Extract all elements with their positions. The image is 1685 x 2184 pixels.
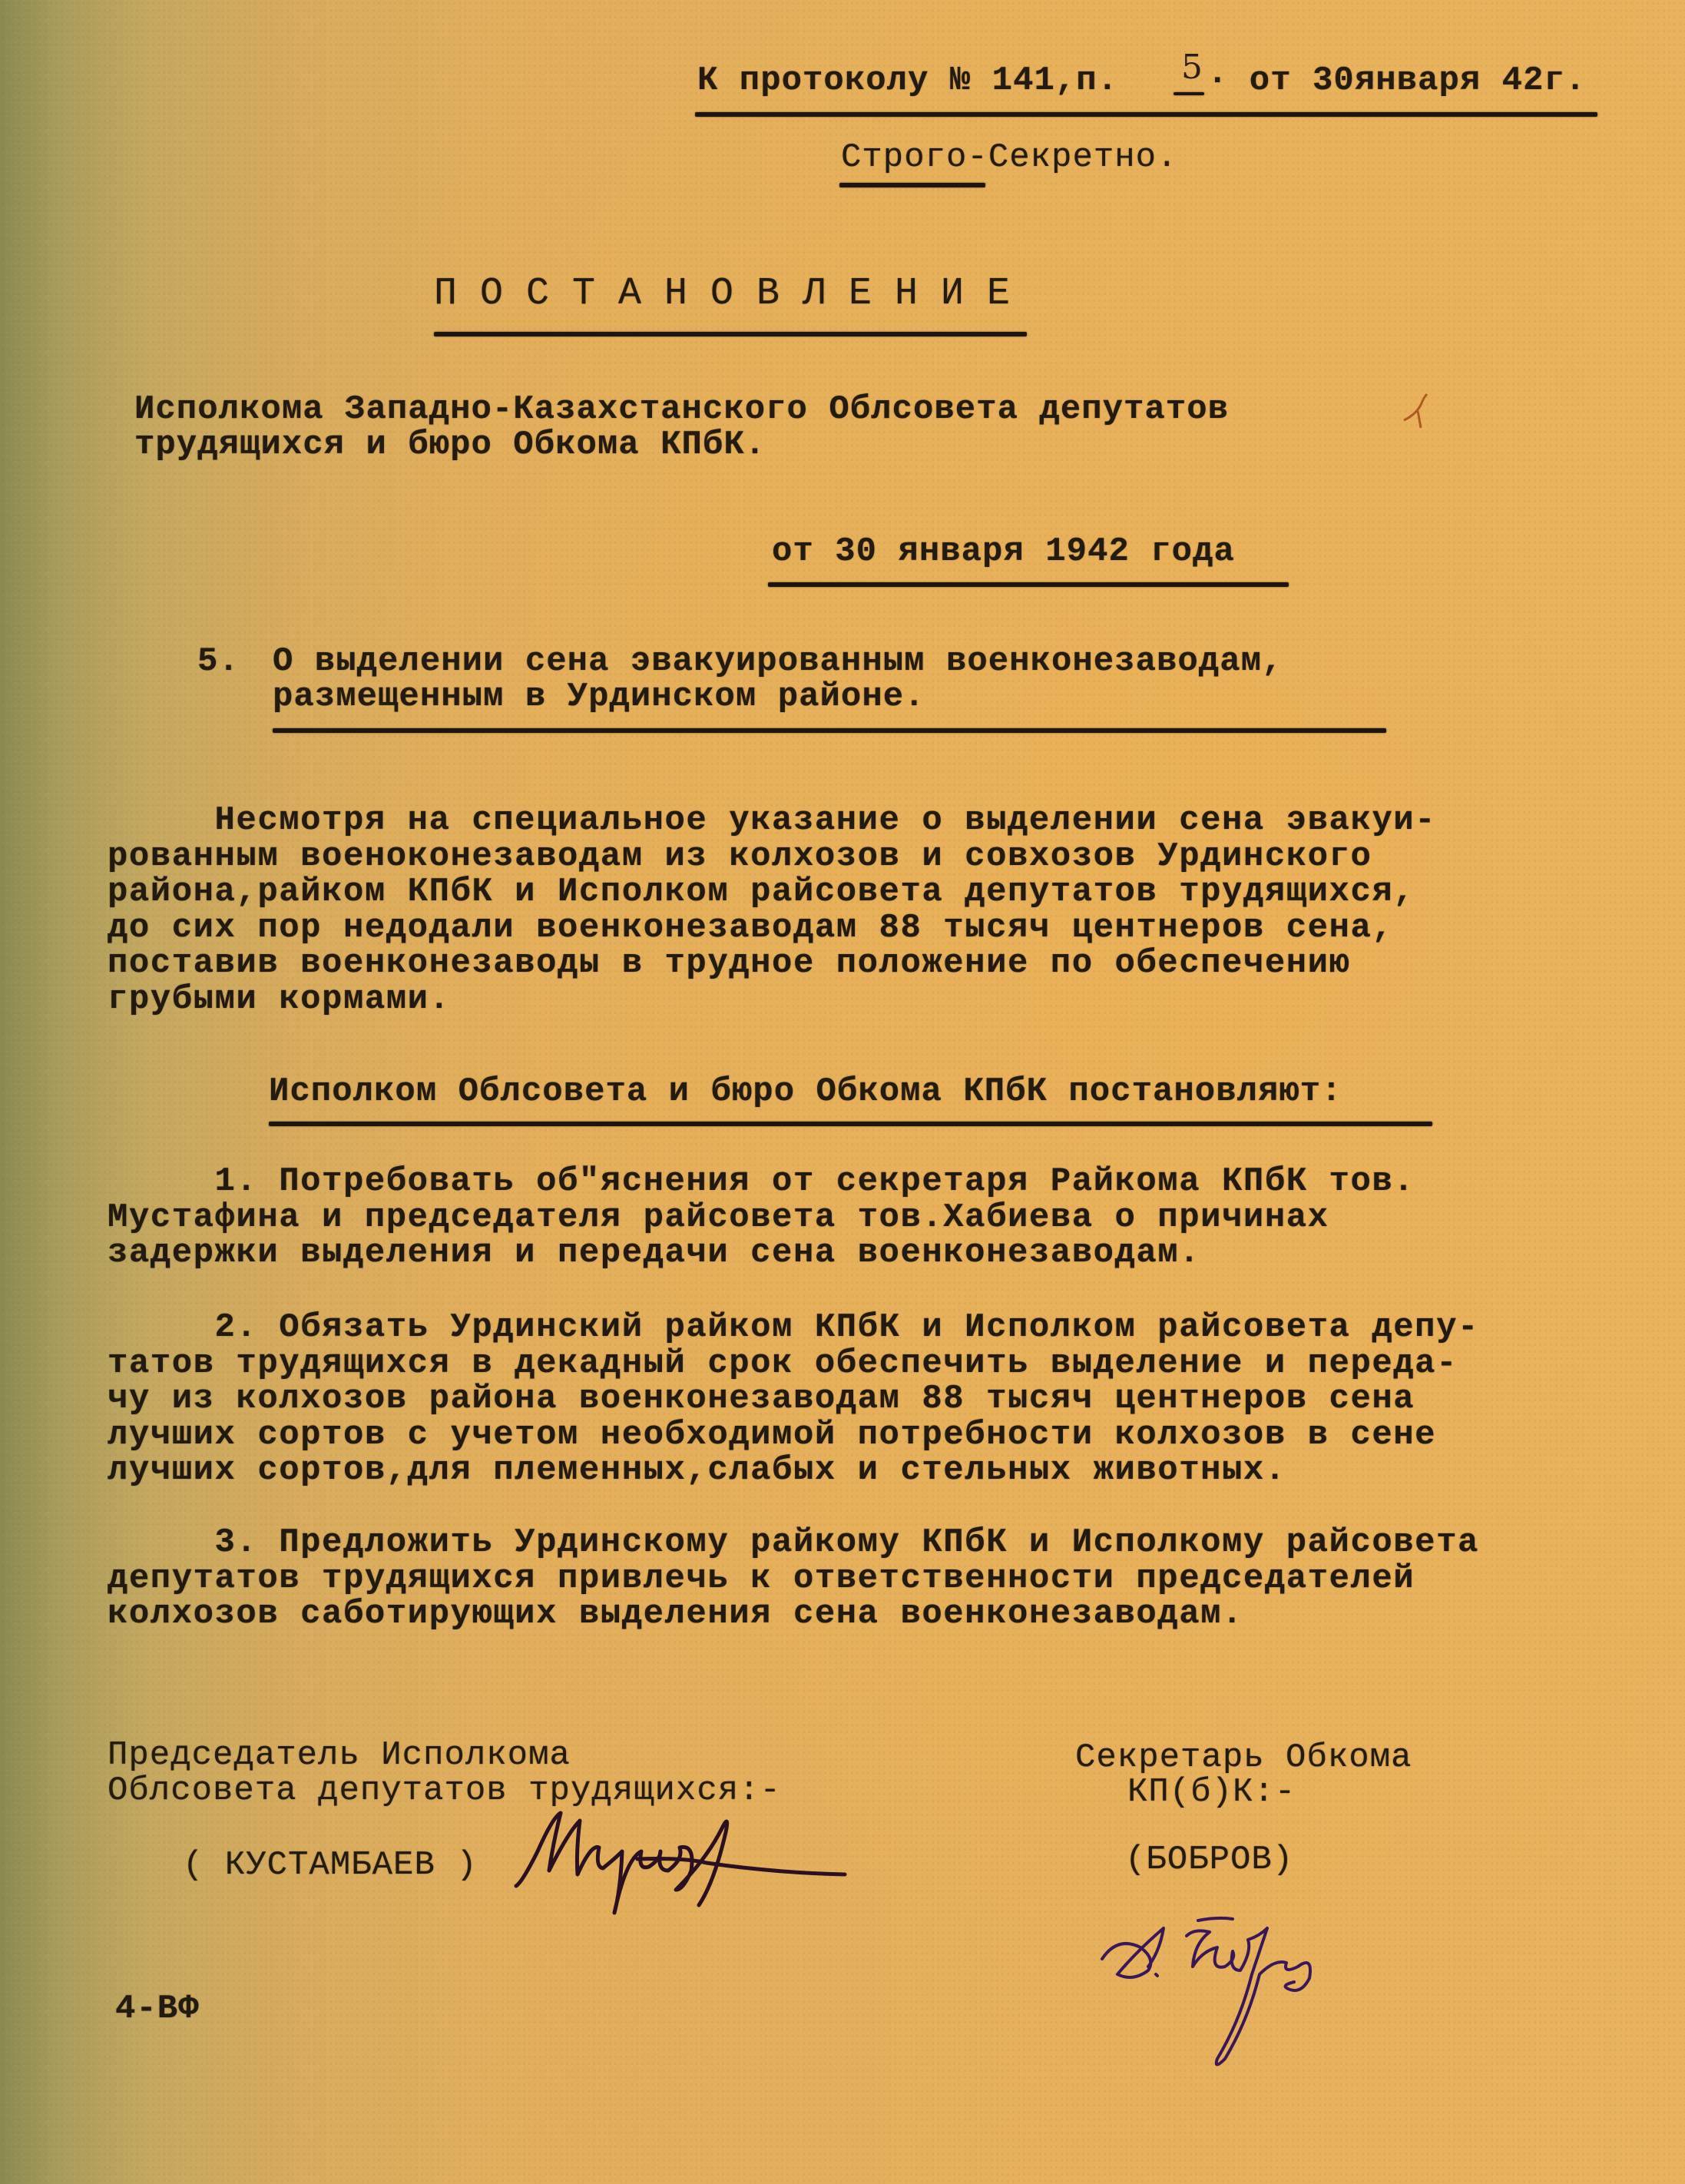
- resolution-line: колхозов саботирующих выделения сена вое…: [108, 1596, 1243, 1632]
- preamble-line: грубыми кормами.: [108, 982, 450, 1018]
- resolution-heading: Исполком Облсовета и бюро Обкома КПбК по…: [269, 1074, 1342, 1109]
- resolution-line: 3. Предложить Урдинскому райкому КПбК и …: [108, 1525, 1479, 1561]
- preamble-line: рованным военоконезаводам из колхозов и …: [108, 839, 1372, 875]
- preamble-line: поставив военконезаводы в трудное положе…: [108, 946, 1350, 982]
- classification-label: Строго-Секретно.: [841, 140, 1177, 175]
- preamble-line: района,райком КПбК и Исполком райсовета …: [108, 874, 1415, 910]
- resolution-date: от 30 января 1942 года: [772, 534, 1235, 569]
- chairman-name: ( КУСТАМБАЕВ ): [183, 1848, 478, 1883]
- resolution-line: чу из колхозов района военконезаводам 88…: [108, 1381, 1415, 1417]
- resolution-line: депутатов трудящихся привлечь к ответств…: [108, 1561, 1415, 1597]
- secretary-title-line-2: КП(б)К:-: [1127, 1775, 1296, 1810]
- issuer-line-2: трудящихся и бюро Обкома КПбК.: [134, 427, 766, 462]
- preamble-line: Несмотря на специальное указание о выдел…: [108, 803, 1436, 839]
- resolution-line: татов трудящихся в декадный срок обеспеч…: [108, 1346, 1458, 1382]
- resolution-line: 1. Потребовать об"яснения от секретаря Р…: [108, 1164, 1415, 1200]
- resolution-line: Мустафина и председателя райсовета тов.Х…: [108, 1200, 1329, 1236]
- typist-mark: 4-ВФ: [115, 1991, 200, 2027]
- secretary-name: (БОБРОВ): [1125, 1842, 1293, 1877]
- resolution-line: 2. Обязать Урдинский райком КПбК и Испол…: [108, 1310, 1479, 1346]
- document-heading: ПОСТАНОВЛЕНИЕ: [434, 277, 1033, 312]
- resolution-heading-underline: [269, 1122, 1432, 1126]
- protocol-reference-suffix: · от 30января 42г.: [1207, 63, 1586, 98]
- classification-underline: [839, 183, 985, 187]
- subject-underline: [273, 728, 1386, 733]
- heading-underline: [434, 332, 1027, 336]
- protocol-reference-prefix: К протоколу № 141,п.: [697, 63, 1118, 98]
- date-underline: [768, 582, 1289, 587]
- chairman-handwritten-signature: [507, 1798, 968, 1936]
- resolution-line: лучших сортов с учетом необходимой потре…: [108, 1417, 1436, 1453]
- pencil-tick-mark: [1396, 388, 1442, 434]
- chairman-title-line-1: Председатель Исполкома: [108, 1738, 571, 1773]
- header-underline: [695, 112, 1597, 117]
- item-number: 5.: [197, 644, 240, 679]
- protocol-item-handwritten: 5: [1181, 48, 1203, 87]
- resolution-line: лучших сортов,для племенных,слабых и сте…: [108, 1453, 1286, 1489]
- issuer-line-1: Исполкома Западно-Казахстанского Облсове…: [134, 392, 1229, 427]
- item-underline: [1174, 92, 1204, 95]
- item-subject-line-2: размещенным в Урдинском районе.: [273, 679, 925, 714]
- item-subject-line-1: О выделении сена эвакуированным военконе…: [273, 644, 1283, 679]
- secretary-handwritten-signature: [1094, 1905, 1417, 2090]
- resolution-line: задержки выделения и передачи сена военк…: [108, 1235, 1200, 1271]
- secretary-title-line-1: Секретарь Обкома: [1075, 1740, 1412, 1775]
- preamble-line: до сих пор недодали военконезаводам 88 т…: [108, 910, 1393, 946]
